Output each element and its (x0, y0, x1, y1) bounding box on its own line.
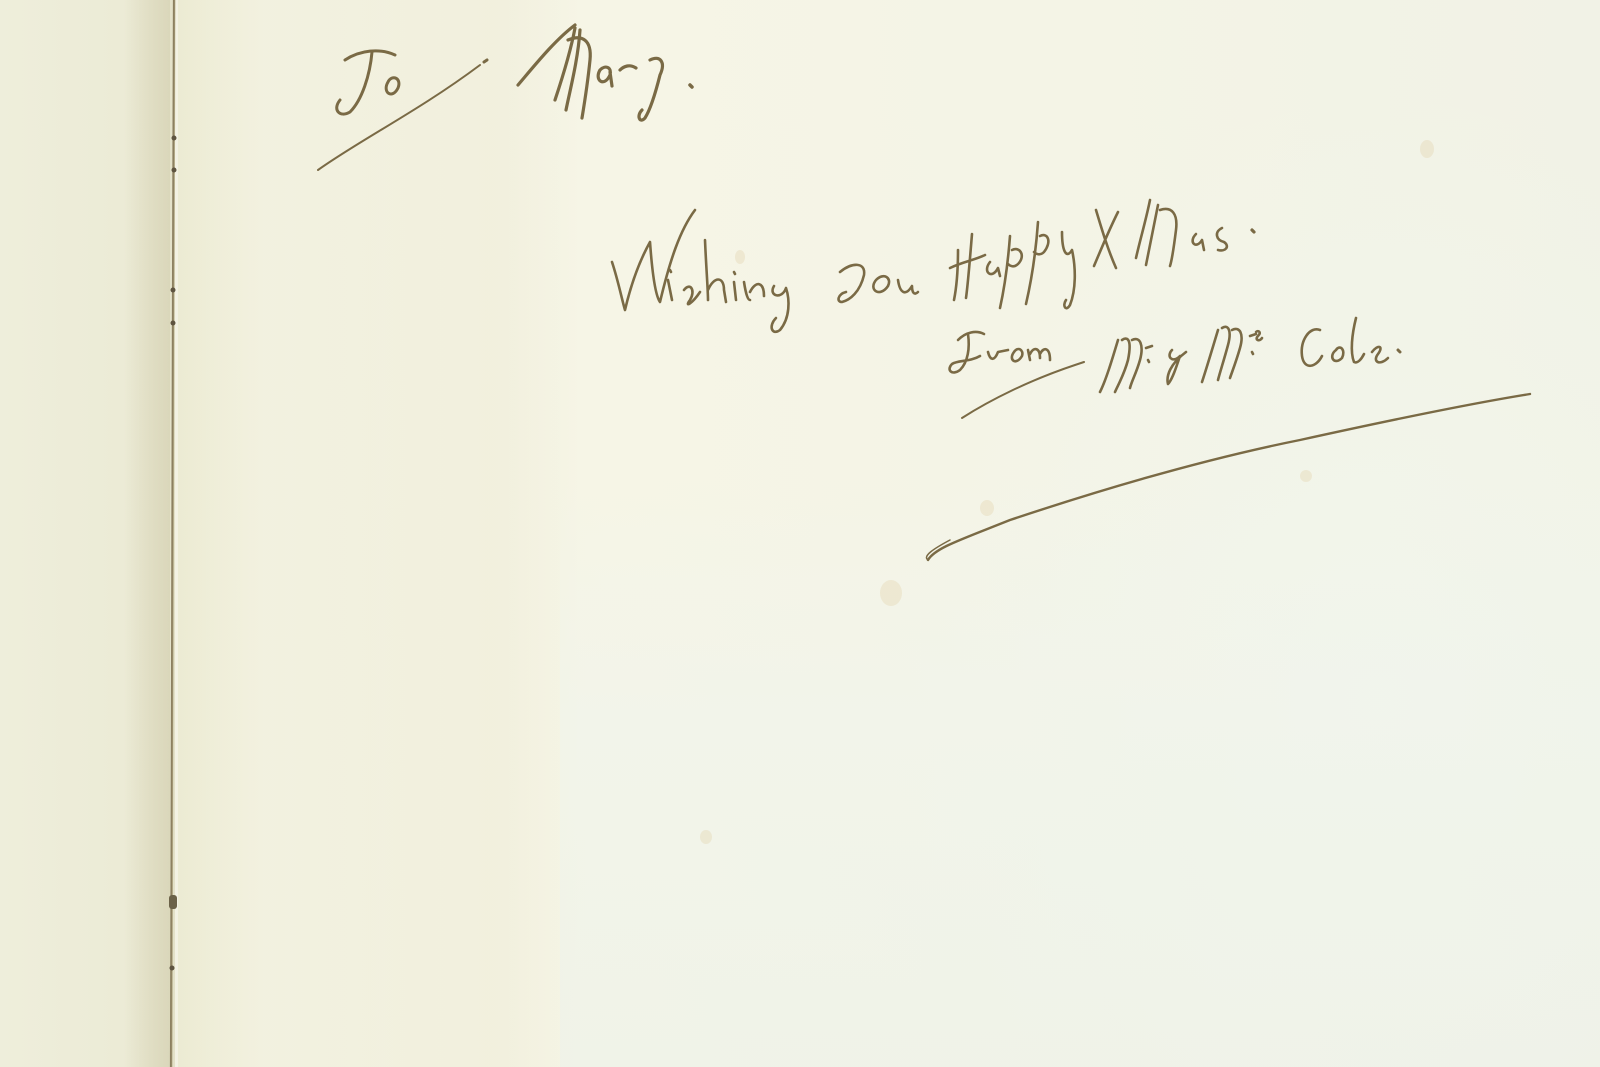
binding-gutter (166, 0, 180, 1067)
foxing-spot (1420, 140, 1434, 158)
light-reflection (560, 480, 1600, 1067)
message-text: Wishing you Happy XMas. (605, 220, 1352, 285)
foxing-spot (880, 580, 902, 606)
foxing-spot (980, 500, 994, 516)
signature-text: From Mr & Mrs Cole. (940, 330, 1424, 381)
foxing-spot (1300, 470, 1312, 482)
page-curve-shadow (125, 0, 170, 1067)
salutation-text: To Mary. (330, 55, 574, 120)
book-open-spread: To Mary. Wishing you Happy XMas. From Mr… (0, 0, 1600, 1067)
foxing-spot (700, 830, 712, 844)
page-shading (178, 0, 578, 1067)
